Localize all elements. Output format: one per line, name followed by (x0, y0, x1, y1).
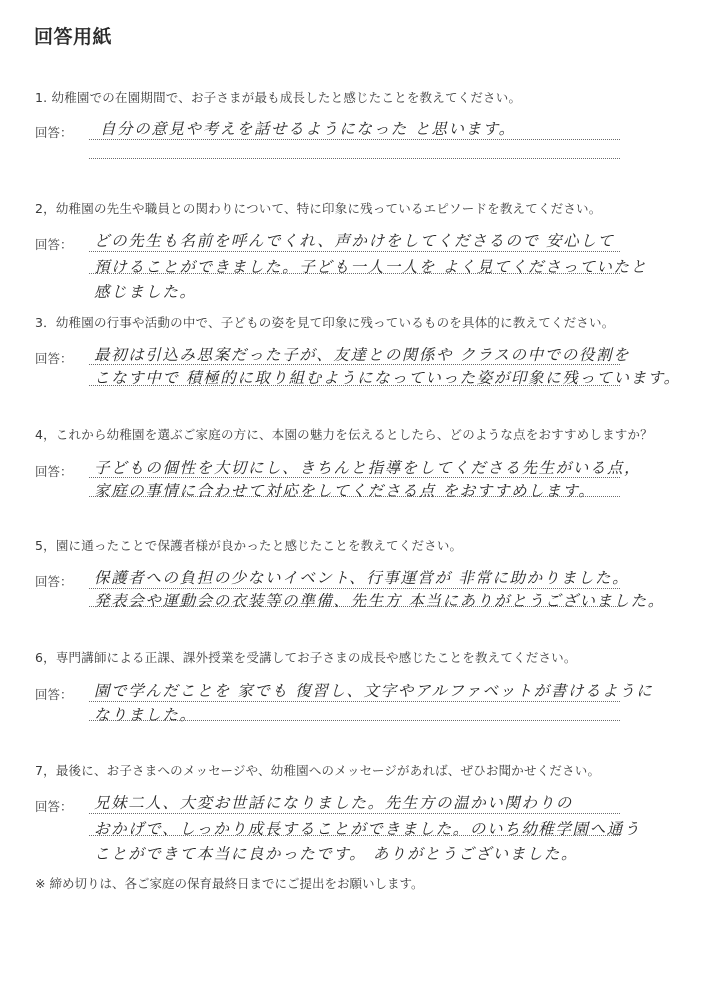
answer-label-2: 回答： (35, 235, 73, 253)
answer-7-line-1: 兄妹二人、大変お世話になりました。先生方の温かい関わりの (94, 791, 573, 813)
question-1: 1. 幼稚園での在園期間で、お子さまが最も成長したと感じたことを教えてください。 (35, 88, 521, 106)
answer-label-4: 回答： (35, 462, 73, 480)
question-4: 4，これから幼稚園を選ぶご家庭の方に、本園の魅力を伝えるとしたら、どのような点を… (35, 425, 653, 443)
answer-4-line-2: 家庭の事情に合わせて対応をしてくださる点 をおすすめします。 (94, 479, 595, 501)
answer-5-line-2: 発表会や運動会の衣装等の準備、先生方 本当にありがとうございました。 (94, 589, 665, 611)
answer-6-rule-2 (89, 720, 620, 721)
answer-1-line-1: 自分の意見や考えを話せるようになった と思います。 (100, 117, 516, 139)
answer-6-line-2: なりました。 (94, 703, 197, 725)
answer-6-line-1: 園で学んだことを 家でも 復習し、文字やアルファベットが書けるように (94, 679, 653, 701)
answer-3-rule-2 (89, 385, 620, 386)
answer-label-3: 回答： (35, 349, 73, 367)
answer-label-7: 回答： (35, 797, 73, 815)
deadline-note: ※ 締め切りは、各ご家庭の保育最終日までにご提出をお願いします。 (35, 874, 423, 892)
answer-5-line-1: 保護者への負担の少ないイベント、行事運営が 非常に助かりました。 (94, 566, 629, 588)
answer-2-rule-2 (89, 273, 620, 274)
answer-label-1: 回答： (35, 123, 73, 141)
answer-label-5: 回答： (35, 572, 73, 590)
answer-6-rule-1 (89, 701, 620, 702)
question-3: 3．幼稚園の行事や活動の中で、子どもの姿を見て印象に残っているものを具体的に教え… (35, 313, 614, 331)
answer-2-rule-1 (89, 251, 620, 252)
page-title: 回答用紙 (34, 22, 112, 49)
answer-3-rule-1 (89, 364, 620, 365)
answer-2-line-1: どの先生も名前を呼んでくれ、声かけをしてくださるので 安心して (94, 229, 614, 251)
answer-1-rule-2 (89, 158, 620, 159)
question-6: 6，専門講師による正課、課外授業を受講してお子さまの成長や感じたことを教えてくだ… (35, 648, 577, 666)
question-7: 7，最後に、お子さまへのメッセージや、幼稚園へのメッセージがあれば、ぜひお聞かせ… (35, 761, 600, 779)
question-2: 2，幼稚園の先生や職員との関わりについて、特に印象に残っているエピソードを教えて… (35, 199, 601, 217)
answer-label-6: 回答： (35, 685, 73, 703)
answer-2-line-3: 感じました。 (94, 280, 197, 302)
answer-1-rule-1 (89, 139, 620, 140)
question-5: 5，園に通ったことで保護者様が良かったと感じたことを教えてください。 (35, 536, 462, 554)
answer-4-rule-2 (89, 496, 620, 497)
answer-4-rule-1 (89, 477, 620, 478)
answer-7-rule-1 (89, 813, 620, 814)
answer-5-rule-2 (89, 606, 620, 607)
answer-4-line-1: 子どもの個性を大切にし、きちんと指導をしてくださる先生がいる点， (94, 456, 641, 478)
answer-7-rule-2 (89, 835, 620, 836)
answer-7-line-3: ことができて本当に良かったです。 ありがとうございました。 (94, 842, 578, 864)
answer-3-line-1: 最初は引込み思案だった子が、友達との関係や クラスの中での役割を (94, 343, 630, 365)
